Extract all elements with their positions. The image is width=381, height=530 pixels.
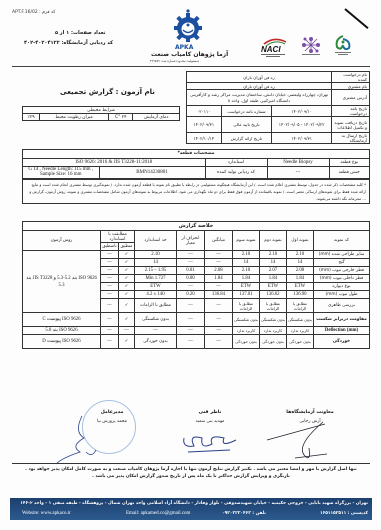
svg-text:NACI: NACI [261,45,281,54]
row-s3: ETW [233,283,260,291]
lab-deputy-title: معاونت آزمایشگاه‌ها [270,410,350,415]
row-mean: --- [205,283,233,291]
lab-deputy-signature-icon [265,418,335,462]
row-mean: 2.08 [205,267,233,275]
table-row: نام مشتری ره فن آوران باران [187,83,370,90]
address-label: آدرس مشتری [332,90,370,106]
footer-divider [12,463,370,464]
row-code: قطر داخلی تیوب (mm) [314,275,370,283]
row-nonconform: --- [101,327,119,335]
table-row: تاریخ ارسال به آزمایشگاه ۱۴۰۲/۰۹/۳۱ تاری… [187,133,370,144]
apka-gear-logo-icon [170,8,206,44]
report-date-value: ۱۴۰۲/۱۰/۱۴ [187,133,222,144]
col-method: روش آزمون [23,231,101,251]
ceo-signature-icon [52,412,112,466]
manufacturer-trace-value: BMN14230801 [99,166,205,178]
col-deviation: انحراف از معیار [177,231,205,251]
row-s2: 1.84 [260,275,287,283]
row-s2: بدون خوردگی [260,335,287,349]
row-s2: 2.10 [260,251,287,259]
row-mean: --- [205,313,233,327]
footer-website-link[interactable]: Website: www.apkaco.ir [22,511,71,516]
row-conform: ✓ [119,291,135,299]
row-dev: 0.20 [177,291,205,299]
environment-table: شرایط محیطی دمای آزمایش ۲۴ °C میزان رطوب… [22,106,180,121]
row-nonconform: --- [101,299,119,313]
row-s2: کاربرد ندارد [260,327,287,335]
row-s3: بدون خوردگی [233,335,260,349]
row-mean: --- [205,327,233,335]
row-conform: --- [119,327,135,335]
request-number-label: شماره نامه درخواست [221,106,272,117]
row-s1: 14 [287,259,314,267]
tech-supervisor-name: مهدیه بنی سعید [170,419,250,424]
header-divider [12,66,370,67]
row-nonconform: --- [101,283,119,291]
col-conformity: مطابقت با استاندارد [101,231,135,243]
summary-table: خلاصه گزارش کد نمونه نمونه اول نمونه دوم… [22,221,370,349]
table-row: Deflection (mm) کاربرد ندارد کاربرد ندار… [23,327,370,335]
temp-value: ۲۴ °C [109,114,133,121]
row-limit: 1.95 – 2.15 [135,267,177,275]
row-limit: --- [135,327,177,335]
pages-count: تعداد صفحات: ۱ از ۵ [55,30,106,36]
row-limit: مطابق با الزامات [135,299,177,313]
row-dev: --- [177,335,205,349]
environment-title: شرایط محیطی [23,107,180,114]
row-s1: 1.84 [287,275,314,283]
row-conform: ✓ [119,267,135,275]
molecule-logo-icon [300,35,322,57]
row-mean: --- [205,259,233,267]
footer-phone: تلفن : ۰۹۳۰۳۳۳۰۴۶۳ [222,511,266,516]
table-row: مقاومت دربرابر شکست بدون شکستگی بدون شکس… [23,313,370,327]
row-nonconform: --- [101,335,119,349]
row-dev: --- [177,283,205,291]
requester-label: نام درخواست کننده [332,72,370,83]
row-s2: 14 [260,259,287,267]
row-dev: --- [177,251,205,259]
col-mean: میانگین [205,231,233,251]
row-s1: مطابق با الزامات [287,299,314,313]
row-dev: 0.01 [177,267,205,275]
standard-value: ISO 9626: 2016 & JIS T3228-11:2018 [23,158,205,166]
row-nonconform: --- [101,313,119,327]
row-s3: 2.10 [233,251,260,259]
row-nonconform: --- [101,251,119,259]
manufacturer-trace-label: کد ردیابی تولید کننده [205,166,267,178]
row-code: سایز طراحی شده (mm) [314,251,370,259]
col-sample2: نمونه دوم [260,231,287,251]
humidity-label: میزان رطوبت محیط [40,114,109,121]
row-mean: --- [205,251,233,259]
row-s3: مطابق با الزامات [233,299,260,313]
sent-to-lab-label: تاریخ ارسال به آزمایشگاه [332,133,370,144]
row-nonconform: --- [101,275,119,283]
method-deflection: ISO 9626 بند 5.8 [23,327,101,335]
row-limit: ETW [135,283,177,291]
row-s3: 14 [233,259,260,267]
table-row: نام درخواست کننده ره فن آوران باران [187,72,370,83]
row-limit: بدون خوردگی [135,335,177,349]
col-standard-limit: حد استاندارد [135,231,177,251]
size-value: G 14 , Needle Length: 115 mm , Sample Si… [28,167,93,178]
material-label: جنس قطعه [329,166,369,178]
row-nonconform: --- [101,259,119,267]
row-nonconform: --- [101,291,119,299]
naci-logo-icon: NACI [258,36,288,58]
temp-label: دمای آزمایش [133,114,180,121]
row-limit: 2.10 [135,251,177,259]
table-row: سایز طراحی شده (mm) 2.10 2.10 2.10 --- -… [23,251,370,259]
col-sample1: نمونه اول [287,231,314,251]
row-mean: --- [205,299,233,313]
material-value: --- [267,166,329,178]
method-dimensions: ISO 9626 بند 5.2-5.3 و JIS T3228 بند 5.3 [23,251,101,313]
row-conform: ✓ [119,313,135,327]
footer-note-line2: بازنگری و ویرایش گزارش حداکثر تا یک ماه … [12,473,370,480]
summary-header-row: کد نمونه نمونه اول نمونه دوم نمونه سوم م… [23,231,370,243]
part-type-value: Needle Biopsy [267,158,329,166]
row-s1: بدون خوردگی [287,335,314,349]
address-value: تهران، چهارراه ولیعصر، خیابان دانش، ساخت… [187,90,332,106]
row-s3: کاربرد ندارد [233,327,260,335]
report-date-label: تاریخ ارائه گزارش [221,133,272,144]
row-limit: Min 1.727 [135,275,177,283]
row-conform: ✓ [119,283,135,291]
row-code: گیج [314,259,370,267]
sample-received-label: تاریخ دریافت نمونه و تکمیل اطلاعات [332,117,370,133]
sent-to-lab-value: ۱۴۰۲/۰۹/۳۱ [272,133,332,144]
lab-trace-code: کد ردیابی آزمایشگاه: ۴۰۲۰۴۱۲۲-۴۰۲ [24,40,113,46]
row-dev: --- [177,299,205,313]
row-conform: ✓ [119,259,135,267]
col-nonconform: نامنطبق [101,243,119,251]
row-s2: 136.62 [260,291,287,299]
row-code: قطر خارجی تیوب (mm) [314,267,370,275]
finance-approval-value: ۱۴۰۲/۰۹/۳۱ [187,117,222,133]
row-s2: ETW [260,283,287,291]
row-s1: ETW [287,283,314,291]
row-conform: ✓ [119,335,135,349]
specs-title: مشخصات قطعه* [23,150,369,158]
humidity-value: ٪۲۹ [23,114,40,121]
col-conform: منطبق [119,243,135,251]
row-code: مقاومت دربرابر شکست [314,313,370,327]
standard-label: استاندارد [205,158,267,166]
table-row: آدرس مشتری تهران، چهارراه ولیعصر، خیابان… [187,90,370,106]
form-code: کد فرم : APT.F.16/02 [12,10,55,15]
row-code: نوع دیواره [314,283,370,291]
signature-tech-supervisor: ناظر فنی مهدیه بنی سعید [170,410,250,424]
corner-mark [344,8,368,29]
footer-postal-code: کدپستی : ۱۶۵۱۱۵۳۵۱۱ [320,511,368,516]
row-dev: --- [177,313,205,327]
footer-contact-bar: تهران - بزرگراه شهید بابایی - خروجی حکیم… [10,498,372,520]
row-s1: کاربرد ندارد [287,327,314,335]
row-s1: بدون شکستگی [287,313,314,327]
table-row: خوردگی بدون خوردگی بدون خوردگی بدون خورد… [23,335,370,349]
method-breakage: ISO 9626 پیوست C [23,313,101,327]
row-code: خوردگی [314,335,370,349]
request-info-table: نام درخواست کننده ره فن آوران باران نام … [186,71,370,144]
row-s2: مطابق با الزامات [260,299,287,313]
tech-supervisor-signature-icon [180,430,240,456]
report-header: کد فرم : APT.F.16/02 تعداد صفحات: ۱ از ۵… [0,0,381,66]
size-cell: G 14 , Needle Length: 115 mm , Sample Si… [23,166,99,178]
col-sample3: نمونه سوم [233,231,260,251]
row-dev: 0.00 [177,275,205,283]
table-row: تاریخ دریافت نمونه و تکمیل اطلاعات ۱۴۰۲/… [187,117,370,133]
row-code: طول تیوب (mm) [314,291,370,299]
company-name: آزما پژوهان کامیاب صنعت [151,51,228,58]
row-limit: بدون شکستگی [135,313,177,327]
requester-value: ره فن آوران باران [187,72,332,83]
finance-approval-label: تاریخ تایید مالی [221,117,272,133]
tech-supervisor-title: ناظر فنی [170,410,250,415]
row-conform: ✓ [119,251,135,259]
footer-email-link[interactable]: Email: apkamed.co@gmail.com [126,511,190,516]
customer-label: نام مشتری [332,83,370,90]
part-specs-table: مشخصات قطعه* نوع قطعه Needle Biopsy استا… [23,150,369,179]
row-dev: --- [177,259,205,267]
row-s1: 2.10 [287,251,314,259]
method-corrosion: ISO 9626 پیوست D [23,335,101,349]
leaf-logo-icon [332,33,354,57]
request-number-value: ۰۲۰۱۱۰ [187,106,222,117]
row-mean: --- [205,335,233,349]
footer-note-line1: تنها اصل گزارش با مهر و امضا معتبر می با… [12,466,370,473]
part-specs-section: مشخصات قطعه* نوع قطعه Needle Biopsy استا… [22,149,370,204]
company-abbr: APKA [175,44,193,51]
row-nonconform: --- [101,267,119,275]
specs-disclaimer: * کلیه مشخصات ذکر شده در جدول، توسط مشتر… [23,179,369,203]
request-date-label: تاریخ نامه درخواست [332,106,370,117]
row-dev: --- [177,327,205,335]
row-conform: ✓ [119,275,135,283]
row-s1: 136.90 [287,291,314,299]
col-code: کد نمونه [314,231,370,251]
footer-address: تهران - بزرگراه شهید بابایی - خروجی حکیم… [20,501,368,506]
row-limit: 140 ± 4.2 [135,291,177,299]
footer-disclaimer: تنها اصل گزارش با مهر و امضا معتبر می با… [12,466,370,480]
report-page: کد فرم : APT.F.16/02 تعداد صفحات: ۱ از ۵… [0,0,381,530]
row-code: Deflection (mm) [314,327,370,335]
sample-received-value: ۱۴۰۲/۰۹/۲۲ - ۱۴۰۲/۰۹/۰۵ [272,117,332,133]
customer-value: ره فن آوران باران [187,83,332,90]
part-type-label: نوع قطعه [329,158,369,166]
row-s1: 2.08 [287,267,314,275]
row-s2: بدون شکستگی [260,313,287,327]
table-row: تاریخ نامه درخواست ۱۴۰۲/۰۹/۱۰ شماره نامه… [187,106,370,117]
row-mean: 136.84 [205,291,233,299]
row-limit: 14 [135,259,177,267]
summary-title: خلاصه گزارش [23,222,370,231]
row-s3: 1.84 [233,275,260,283]
row-s3: 137.01 [233,291,260,299]
row-conform: ✓ [119,299,135,313]
test-title: نام آزمون : گزارش تجمیعی [60,88,155,96]
company-registration: (مسئولیت محدود) شماره ثبت: ۴۹۹۷۸۹ [150,59,199,63]
row-s2: 2.07 [260,267,287,275]
row-s3: 2.10 [233,267,260,275]
row-code: بررسی ظاهری [314,299,370,313]
row-mean: 1.84 [205,275,233,283]
row-s3: بدون شکستگی [233,313,260,327]
request-date-value: ۱۴۰۲/۰۹/۱۰ [272,106,332,117]
